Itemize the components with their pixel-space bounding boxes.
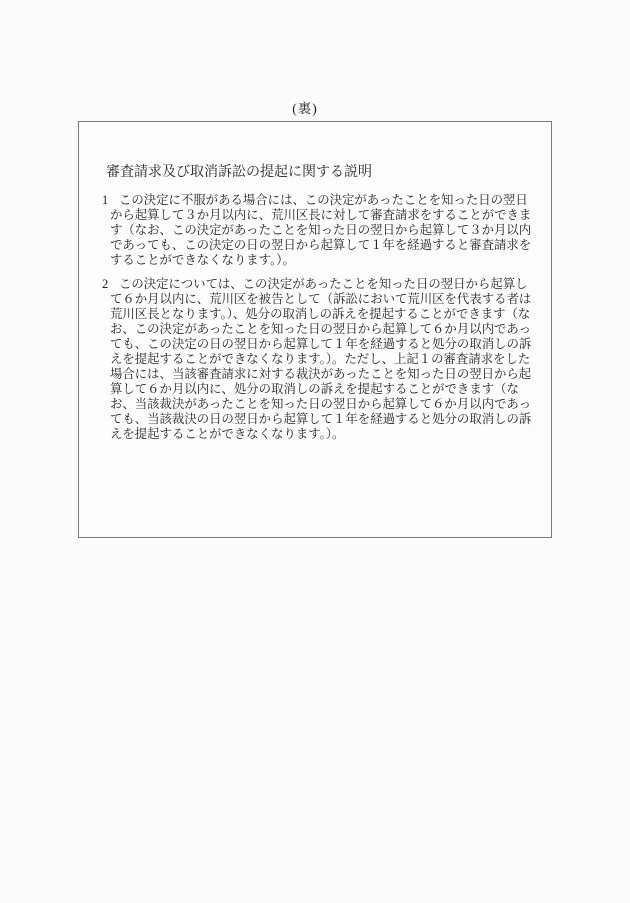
item-number: 1 bbox=[102, 193, 119, 208]
item-text: この決定については、この決定があったことを知った日の翌日から起算し て６か月以内… bbox=[110, 277, 531, 441]
notice-title: 審査請求及び取消訴訟の提起に関する説明 bbox=[106, 164, 551, 182]
list-item: 2この決定については、この決定があったことを知った日の翌日から起算し て６か月以… bbox=[110, 277, 554, 442]
list-item: 1この決定に不服がある場合には、この決定があったことを知った日の翌日 から起算し… bbox=[110, 193, 554, 268]
notice-frame: 審査請求及び取消訴訟の提起に関する説明 1この決定に不服がある場合には、この決定… bbox=[78, 121, 552, 538]
item-number: 2 bbox=[102, 277, 119, 292]
item-text: この決定に不服がある場合には、この決定があったことを知った日の翌日 から起算して… bbox=[110, 193, 531, 267]
document-page: (裏) 審査請求及び取消訴訟の提起に関する説明 1この決定に不服がある場合には、… bbox=[0, 0, 630, 903]
page-side-label: (裏) bbox=[78, 101, 532, 117]
